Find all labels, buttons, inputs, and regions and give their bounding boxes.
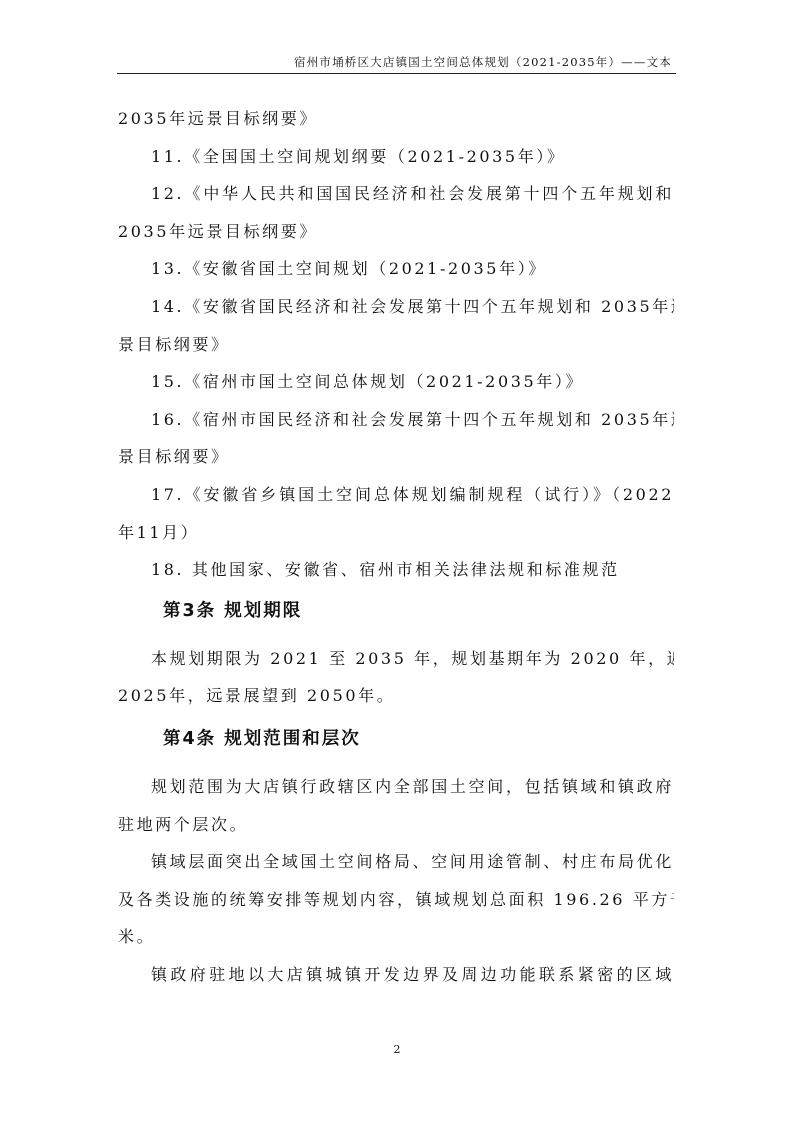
paragraph-line: 规划范围为大店镇行政辖区内全部国土空间，包括镇域和镇政府 <box>118 768 674 806</box>
article-4-body: 规划范围为大店镇行政辖区内全部国土空间，包括镇域和镇政府 驻地两个层次。 镇域层… <box>118 768 674 994</box>
reference-line: 年11月） <box>118 514 674 552</box>
paragraph-line: 2025年，远景展望到 2050年。 <box>118 677 674 715</box>
paragraph-line: 米。 <box>118 918 674 956</box>
article-3-body: 本规划期限为 2021 至 2035 年，规划基期年为 2020 年，近期到 2… <box>118 640 674 715</box>
reference-line: 景目标纲要》 <box>118 438 674 476</box>
reference-list: 2035年远景目标纲要》 11.《全国国土空间规划纲要（2021-2035年）》… <box>118 100 674 589</box>
page-header: 宿州市埇桥区大店镇国土空间总体规划（2021-2035年）——文本 <box>117 50 676 74</box>
paragraph-line: 本规划期限为 2021 至 2035 年，规划基期年为 2020 年，近期到 <box>118 640 674 678</box>
paragraph-line: 镇域层面突出全域国土空间格局、空间用途管制、村庄布局优化 <box>118 843 674 881</box>
reference-line: 17.《安徽省乡镇国土空间总体规划编制规程（试行）》（2022 <box>118 476 674 514</box>
reference-line: 14.《安徽省国民经济和社会发展第十四个五年规划和 2035年远 <box>118 288 674 326</box>
paragraph-line: 镇政府驻地以大店镇城镇开发边界及周边功能联系紧密的区域 <box>118 956 674 994</box>
reference-line: 景目标纲要》 <box>118 326 674 364</box>
document-title: 宿州市埇桥区大店镇国土空间总体规划（2021-2035年）——文本 <box>294 54 672 70</box>
section-heading-article-4: 第4条 规划范围和层次 <box>118 729 674 749</box>
reference-line: 18. 其他国家、安徽省、宿州市相关法律法规和标准规范 <box>118 551 674 589</box>
section-heading-article-3: 第3条 规划期限 <box>118 601 674 621</box>
reference-line: 16.《宿州市国民经济和社会发展第十四个五年规划和 2035年远 <box>118 401 674 439</box>
reference-line: 2035年远景目标纲要》 <box>118 213 674 251</box>
reference-line: 2035年远景目标纲要》 <box>118 100 674 138</box>
reference-line: 11.《全国国土空间规划纲要（2021-2035年）》 <box>118 138 674 176</box>
paragraph-line: 及各类设施的统筹安排等规划内容，镇域规划总面积 196.26 平方千 <box>118 881 674 919</box>
page-content: 2035年远景目标纲要》 11.《全国国土空间规划纲要（2021-2035年）》… <box>118 100 674 993</box>
paragraph-line: 驻地两个层次。 <box>118 806 674 844</box>
page-number: 2 <box>0 1043 794 1056</box>
reference-line: 12.《中华人民共和国国民经济和社会发展第十四个五年规划和 <box>118 175 674 213</box>
reference-line: 13.《安徽省国土空间规划（2021-2035年）》 <box>118 250 674 288</box>
reference-line: 15.《宿州市国土空间总体规划（2021-2035年）》 <box>118 363 674 401</box>
